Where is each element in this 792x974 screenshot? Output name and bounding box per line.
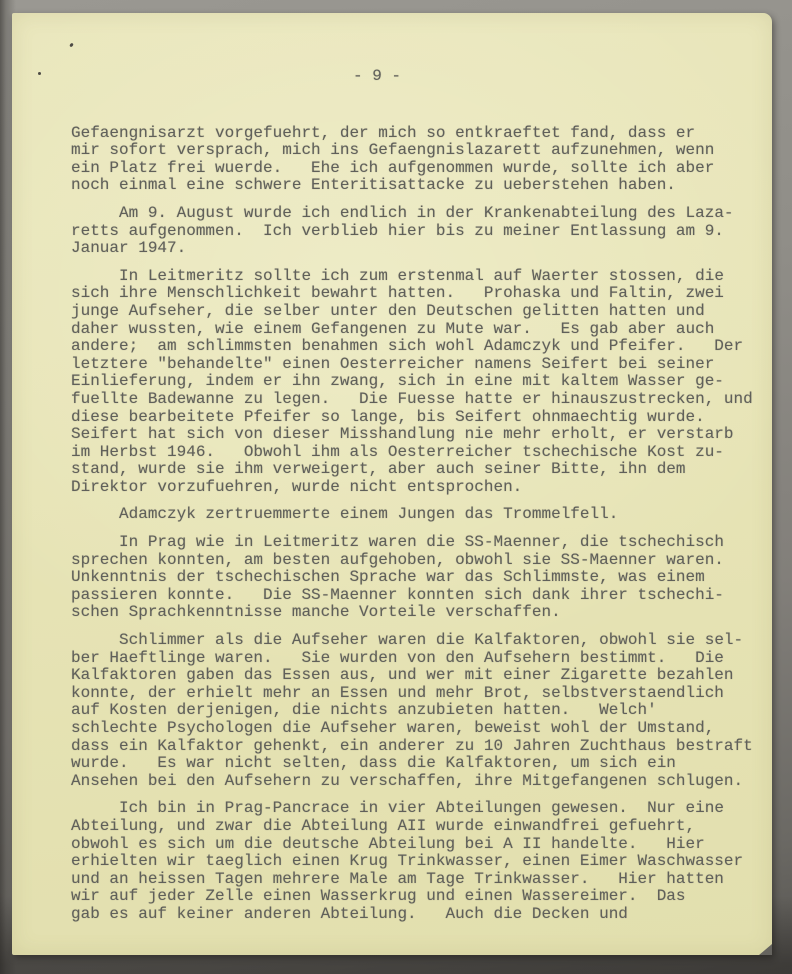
document-page: - 9 - Gefaengnisarzt vorgefuehrt, der mi… (12, 13, 772, 955)
paper-speck (38, 72, 41, 75)
paragraph: In Leitmeritz sollte ich zum erstenmal a… (71, 268, 764, 497)
document-body: Gefaengnisarzt vorgefuehrt, der mich so … (12, 125, 772, 924)
paper-speck (69, 43, 74, 48)
paragraph: Am 9. August wurde ich endlich in der Kr… (71, 205, 764, 258)
paragraph: Ich bin in Prag-Pancrace in vier Abteilu… (71, 800, 764, 923)
paragraph: Gefaengnisarzt vorgefuehrt, der mich so … (71, 125, 764, 195)
scan-background: - 9 - Gefaengnisarzt vorgefuehrt, der mi… (0, 0, 792, 974)
page-number: - 9 - (12, 68, 772, 86)
paragraph: Adamczyk zertruemmerte einem Jungen das … (71, 506, 764, 524)
page-corner-fold (759, 944, 772, 955)
paragraph: Schlimmer als die Aufseher waren die Kal… (71, 632, 764, 790)
paragraph: In Prag wie in Leitmeritz waren die SS-M… (71, 534, 764, 622)
